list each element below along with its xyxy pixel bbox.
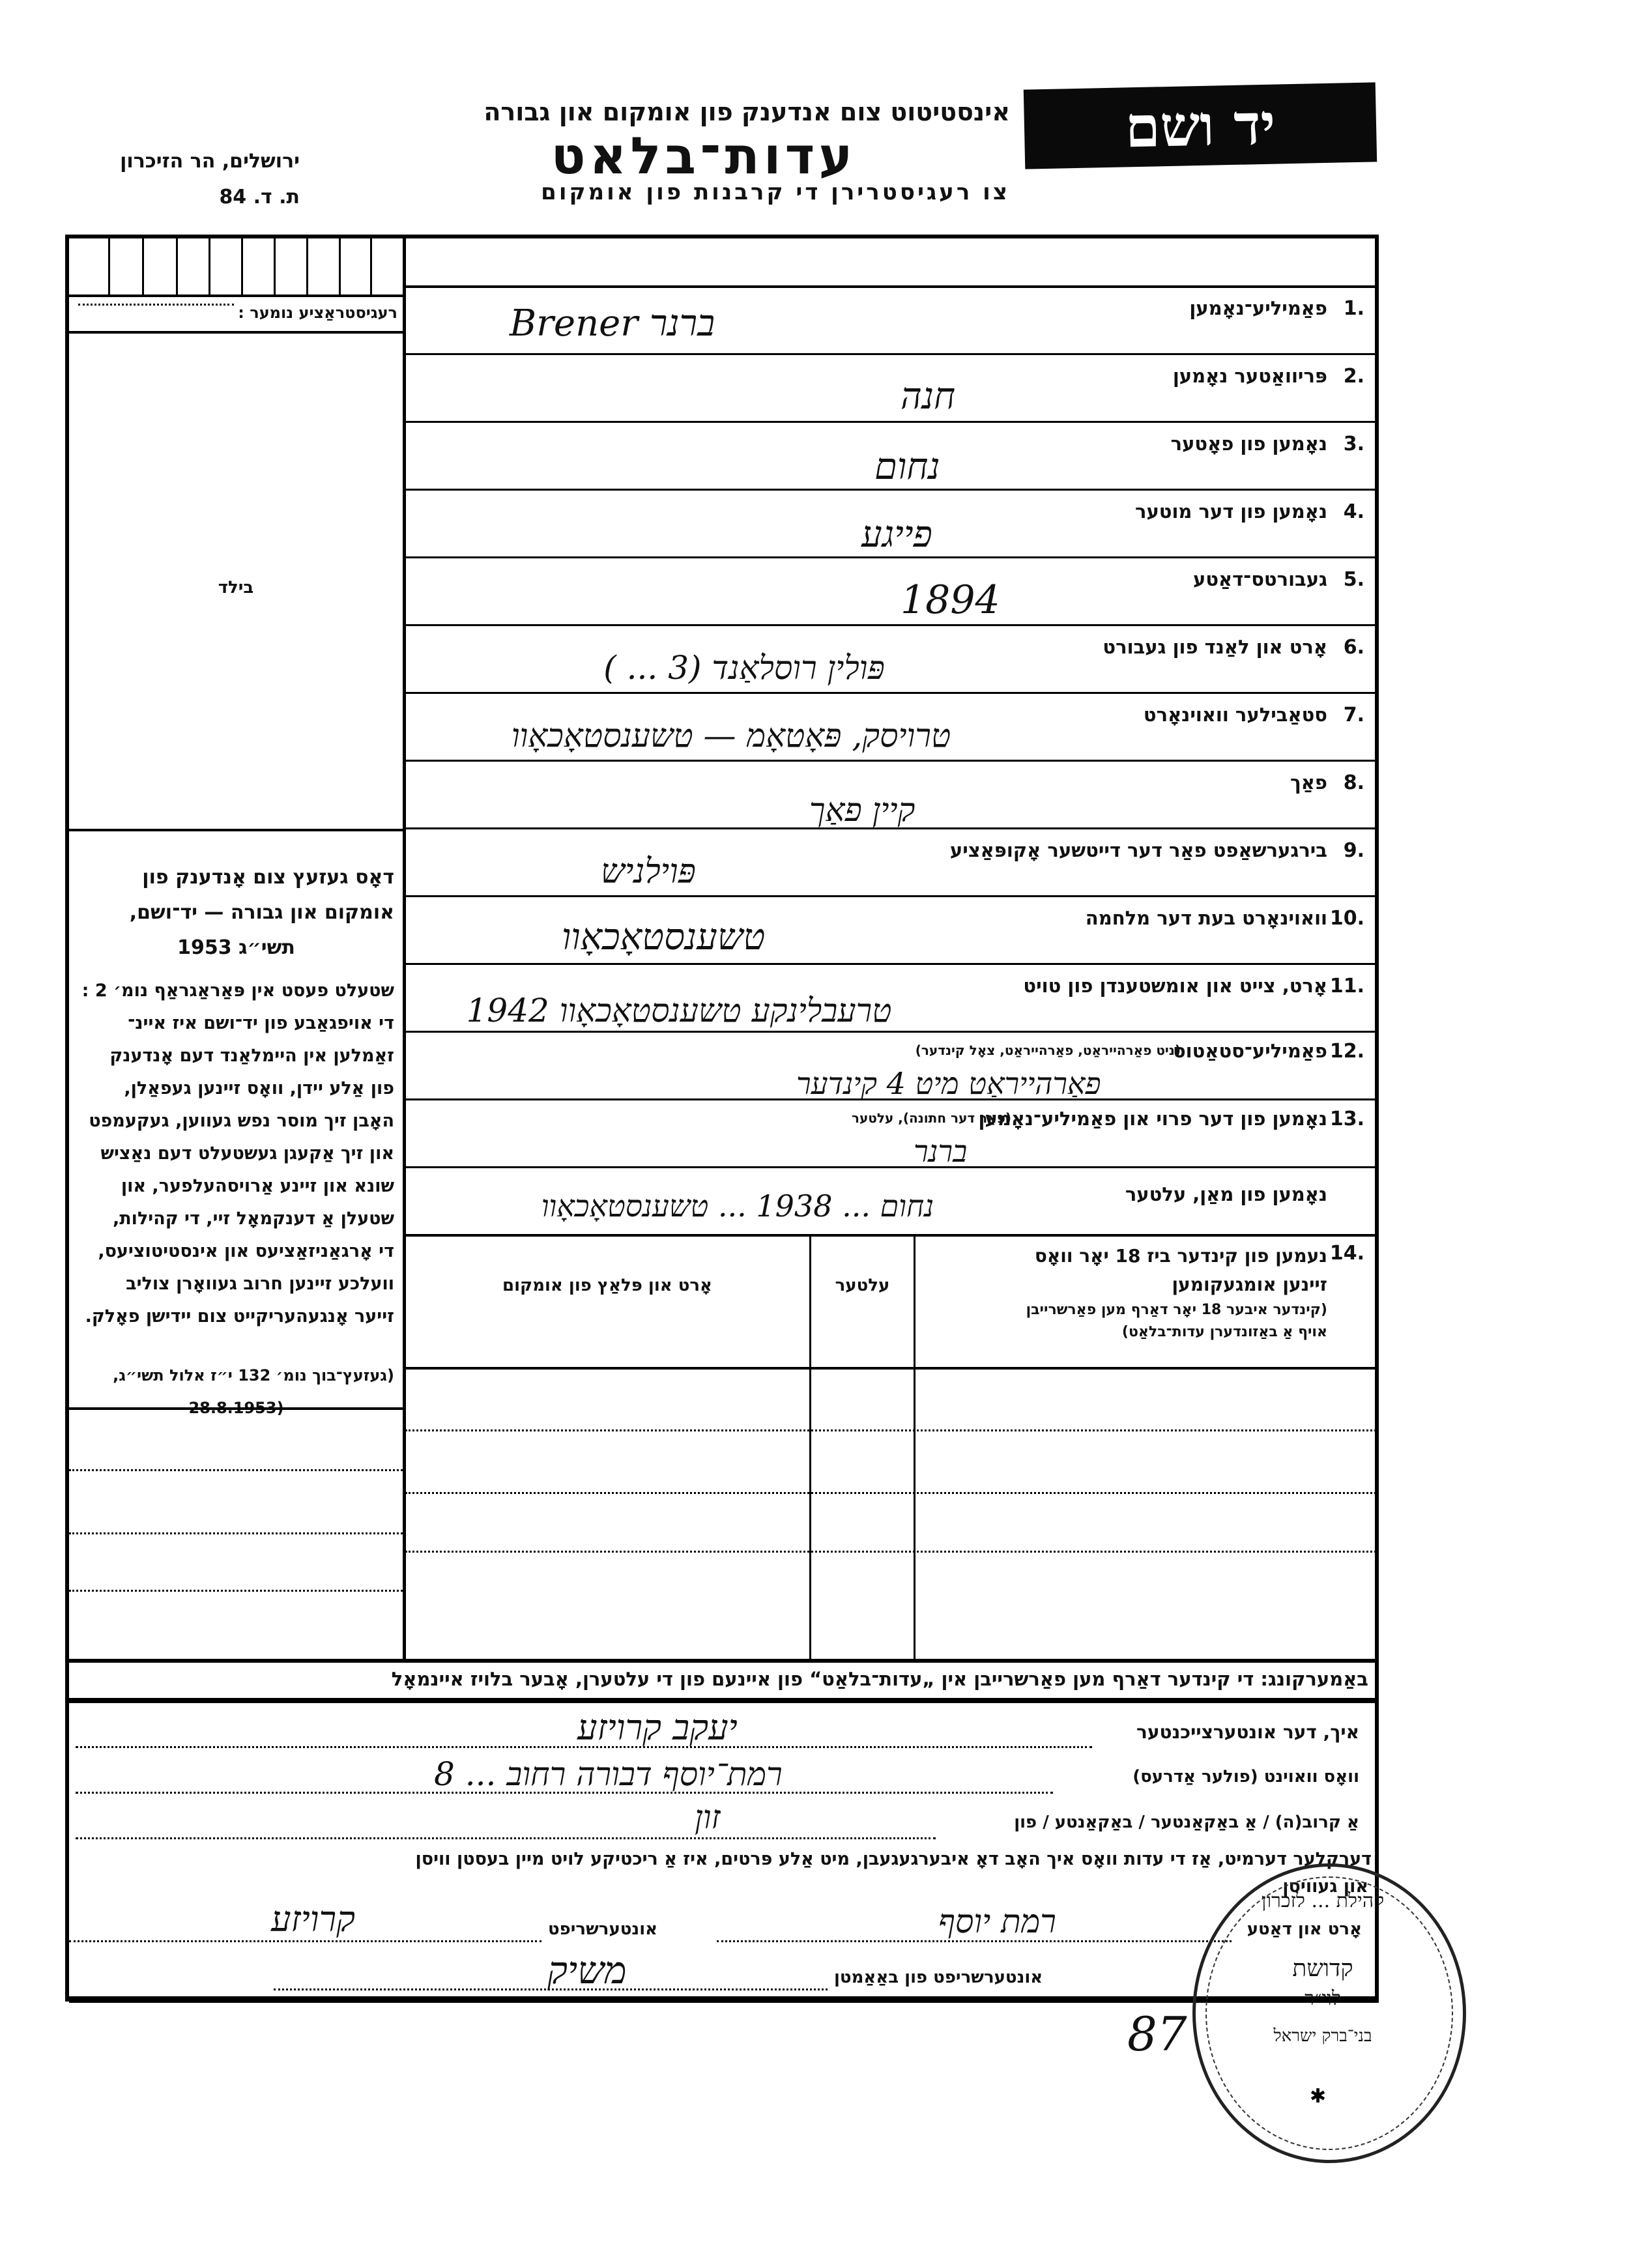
official-signature-label: אונטערשריפט פון באַאַמטן [834, 1968, 1043, 1987]
field-value-profession[interactable]: קיין פאַך [809, 791, 915, 829]
field-label: פאַמיליע־סטאַטוס [1173, 1040, 1327, 1062]
divider [69, 1659, 1379, 1663]
field-row-family-status[interactable]: 12. פאַמיליע־סטאַטוס (ניט פאַרהייראַט, פ… [405, 1033, 1376, 1101]
box-divider [306, 238, 308, 294]
law-title-line: תשי״ג 1953 [78, 930, 394, 966]
field-label: בירגערשאַפט פאַר דער דייטשער אָקופּאַציע [950, 839, 1327, 861]
field-value-husband-name[interactable]: נחום ... 1938 ... טשענסטאָכאָוו [412, 1188, 1063, 1224]
field-label: סטאַבילער וואוינאָרט [1144, 704, 1327, 726]
informant-address-label: וואָס וואוינט (פולער אַדרעס) [1132, 1767, 1359, 1787]
field-number: 3. [1344, 433, 1364, 455]
signature-label: אונטערשריפט [548, 1919, 657, 1939]
field-number: 1. [1344, 297, 1364, 320]
stamp-text-center: קדושת [1238, 1955, 1407, 1982]
institute-line: אינסטיטוט צום אנדענק פון אומקום און גבור… [339, 98, 1010, 126]
dotted-line [69, 1532, 403, 1534]
divider [69, 829, 403, 831]
informant-name-field[interactable]: איך, דער אונטערצייכנטער יעקב קרויזע [69, 1707, 1372, 1753]
field-row-spouse-name[interactable]: 13. נאָמען פון דער פרוי און פאַמיליע־נאָ… [405, 1101, 1376, 1169]
field-label: נאָמען פון דער מוטער [1135, 500, 1327, 523]
registration-number-boxes[interactable] [69, 238, 403, 297]
divider [405, 624, 1376, 626]
field-row-father-name[interactable]: 3. נאָמען פון פאָטער נחום [405, 423, 1376, 491]
dotted-line [69, 1469, 403, 1471]
field-label: וואוינאָרט בעת דער מלחמה [1086, 907, 1327, 929]
children-label-line: נעמען פון קינדער ביז 18 יאָר וואָס [1026, 1242, 1327, 1270]
header-po-box: ת. ד. 84 [39, 186, 300, 208]
field-label: אָרט און לאַנד פון געבורט [1103, 636, 1327, 658]
field-number: 5. [1344, 568, 1364, 591]
field-number: 2. [1344, 365, 1364, 388]
children-row[interactable] [405, 1553, 1376, 1659]
children-row[interactable] [405, 1432, 1376, 1495]
divider [69, 1996, 1379, 2003]
signature-value[interactable]: קרויזע [271, 1899, 355, 1940]
registration-number-field[interactable]: רעגיסטראַציע נומער : [78, 304, 397, 322]
field-value-wartime-residence[interactable]: טשענסטאָכאָוו [562, 916, 765, 958]
box-divider [274, 238, 276, 294]
law-title-line: אומקום און גבורה — יד־ושם, [78, 895, 394, 930]
divider [405, 421, 1376, 423]
informant-name-label: איך, דער אונטערצייכנטער [1136, 1721, 1359, 1743]
field-number: 9. [1344, 839, 1364, 862]
law-quote: דאָס געזעץ צום אָנדענק פון אומקום און גב… [78, 860, 394, 1424]
dotted-line [76, 1837, 936, 1839]
field-label: נאָמען פון דער פרוי און פאַמיליע־נאָמען [979, 1108, 1328, 1130]
informant-name-value[interactable]: יעקב קרויזע [577, 1707, 738, 1748]
field-row-husband-name[interactable]: נאָמען פון מאַן, עלטער נחום ... 1938 ...… [405, 1169, 1376, 1237]
children-row[interactable] [405, 1495, 1376, 1557]
field-value-birth-place[interactable]: פּולין רוסלאַנד (3 ... ) [497, 649, 992, 687]
dotted-line [405, 1492, 1376, 1494]
field-value-family-name[interactable]: ברנר Brener [510, 302, 1096, 345]
divider [69, 1407, 403, 1410]
divider [405, 353, 1376, 355]
divider [405, 692, 1376, 694]
box-divider [142, 238, 144, 294]
field-value-father-name[interactable]: נחום [874, 446, 940, 488]
law-body-line: די אָרגאַניזאַציעס און אינסטיטוציעס, [78, 1235, 394, 1268]
law-body-line: וועלכע זיינען חרוב געוואָרן צוליב [78, 1268, 394, 1300]
law-body-line: שטעלן אַ דענקמאָל זיי, די קהילות, [78, 1203, 394, 1235]
divider [405, 827, 1376, 829]
box-divider [176, 238, 178, 294]
law-title-line: דאָס געזעץ צום אָנדענק פון [78, 860, 394, 895]
children-label: נעמען פון קינדער ביז 18 יאָר וואָס זיינע… [1026, 1242, 1327, 1343]
box-divider [241, 238, 243, 294]
photo-label: בילד [69, 578, 403, 597]
informant-relation-field[interactable]: אַ קרוב(ה) / אַ באַקאַנטער / באַקאַנטע /… [69, 1798, 1372, 1844]
stamp-text-bottom: בני־ברק ישראל [1225, 2026, 1420, 2046]
dotted-line [405, 1551, 1376, 1553]
informant-address-value[interactable]: רמת־יוסף דבורה רחוב ... 8 [434, 1755, 783, 1793]
dotted-line [69, 1590, 403, 1592]
field-value-family-status[interactable]: פאַרהייראַט מיט 4 קינדער [796, 1066, 1101, 1101]
field-label-note: (ניט פאַרהייראַט, פאַרהייראַט, צאָל קינד… [915, 1042, 1181, 1058]
field-value-citizenship[interactable]: פּוילניש [601, 852, 696, 891]
field-number: 11. [1330, 975, 1364, 998]
law-body-line: און זיך אַקעגן געשטעלט דעם נאַציש [78, 1138, 394, 1170]
field-number: 6. [1344, 636, 1364, 659]
divider [405, 489, 1376, 491]
signature-field[interactable]: אונטערשריפט קרויזע [69, 1902, 688, 1948]
field-label: פּריוואַטער נאָמען [1173, 365, 1327, 387]
photo-area[interactable]: בילד [69, 334, 403, 829]
children-label-line: זיינען אומגעקומען [1026, 1270, 1327, 1299]
law-body-line: שטעלט פעסט אין פּאַראַגראַף נומ׳ 2 : [78, 975, 394, 1007]
law-body-line: פון אַלע יידן, וואָס זיינען געפאַלן, [78, 1072, 394, 1105]
divider [69, 1698, 1379, 1703]
field-number: 14. [1330, 1242, 1364, 1265]
field-value-mother-name[interactable]: פייגע [861, 513, 932, 556]
informant-relation-value[interactable]: זון [695, 1798, 720, 1836]
divider [405, 1098, 1376, 1100]
dotted-line [405, 1429, 1376, 1431]
divider [405, 760, 1376, 762]
children-header-names: 14. נעמען פון קינדער ביז 18 יאָר וואָס ז… [914, 1237, 1376, 1367]
field-label: אָרט, צייט און אומשטענדן פון טויט [1023, 975, 1327, 997]
children-table: 14. נעמען פון קינדער ביז 18 יאָר וואָס ז… [405, 1237, 1376, 1661]
field-row-citizenship[interactable]: 9. בירגערשאַפט פאַר דער דייטשער אָקופּאַ… [405, 830, 1376, 898]
children-col-age: עלטער [811, 1276, 914, 1295]
box-divider [370, 238, 372, 294]
official-signature-field[interactable]: אונטערשריפט פון באַאַמטן משיק [274, 1948, 1186, 1994]
registration-number-input[interactable] [78, 304, 234, 306]
box-divider [209, 238, 210, 294]
field-row-birth-date[interactable]: 5. געבורטס־דאַטע 1894 [405, 559, 1376, 627]
field-label: פאַך [1290, 771, 1327, 794]
field-label: נאָמען פון פאָטער [1171, 433, 1327, 455]
law-citation: (געזעץ־בוך נומ׳ 132 י״ז אלול תשי״ג, [78, 1359, 394, 1392]
header-location: ירושלים, הר הזיכרון [39, 150, 300, 173]
law-body-line: די אויפגאַבע פון יד־ושם איז איינ־ [78, 1007, 394, 1040]
informant-relation-label: אַ קרוב(ה) / אַ באַקאַנטער / באַקאַנטע /… [1014, 1813, 1359, 1832]
field-value-residence[interactable]: טרויסק, פּאָטאָמ — טשענסטאָכאָוו [444, 717, 1018, 754]
field-label: נאָמען פון מאַן, עלטער [1125, 1183, 1327, 1205]
page-number: 87 [1127, 2007, 1187, 2061]
yad-vashem-logo: יד ושם [1024, 82, 1377, 169]
law-body-line: האָבן זיך מוסר נפש געווען, געקעמפט [78, 1105, 394, 1138]
field-number: 10. [1330, 907, 1364, 930]
children-row[interactable] [405, 1370, 1376, 1432]
field-row-family-name[interactable]: 1. פאַמיליע־נאָמען ברנר Brener [405, 288, 1376, 356]
field-number: 7. [1344, 704, 1364, 726]
field-value-spouse-name[interactable]: ברנר [914, 1134, 967, 1169]
form-title: עדות־בלאט [482, 127, 925, 186]
children-note-line: אויף אַ באַזונדערן עדות־בלאַט) [1026, 1321, 1327, 1343]
divider [69, 294, 403, 297]
divider [405, 1166, 1376, 1168]
field-label: פאַמיליע־נאָמען [1189, 297, 1327, 319]
dotted-line [717, 1940, 1232, 1942]
field-value-birth-date[interactable]: 1894 [901, 577, 1000, 623]
field-label-note: (פאַר דער חתונה), עלטער [852, 1110, 1011, 1126]
field-row-mother-name[interactable]: 4. נאָמען פון דער מוטער פייגע [405, 491, 1376, 559]
field-row-profession[interactable]: 8. פאַך קיין פאַך [405, 762, 1376, 830]
stamp-inner-ring [1205, 1876, 1453, 2150]
field-row-death-circumstances[interactable]: 11. אָרט, צייט און אומשטענדן פון טויט טר… [405, 966, 1376, 1033]
children-col-place: אָרט און פּלאַץ פון אומקום [405, 1276, 809, 1295]
form-subtitle: צו רעגיסטרירן די קרבנות פון אומקום [339, 179, 1010, 205]
field-row-birth-place[interactable]: 6. אָרט און לאַנד פון געבורט פּולין רוסל… [405, 627, 1376, 695]
registration-number-label: רעגיסטראַציע נומער : [238, 304, 397, 322]
field-row-residence[interactable]: 7. סטאַבילער וואוינאָרט טרויסק, פּאָטאָמ… [405, 695, 1376, 762]
divider [405, 963, 1376, 965]
field-number: 12. [1330, 1040, 1364, 1063]
divider [405, 1031, 1376, 1033]
official-signature-value[interactable]: משיק [547, 1948, 627, 1992]
field-row-wartime-residence[interactable]: 10. וואוינאָרט בעת דער מלחמה טשענסטאָכאָ… [405, 898, 1376, 966]
field-label: געבורטס־דאַטע [1193, 568, 1327, 590]
field-row-first-name[interactable]: 2. פּריוואַטער נאָמען חנה [405, 356, 1376, 423]
remark-text: באַמערקונג: די קינדער דאַרף מען פאַרשריי… [78, 1668, 1368, 1690]
law-body-line: זייער אָנגעהעריקייט צום יידישן פאָלק. [78, 1300, 394, 1333]
children-note-line: (קינדער איבער 18 יאָר דאַרף מען פאַרשריי… [1026, 1299, 1327, 1321]
divider [405, 895, 1376, 897]
law-body-line: זאַמלען אין היימלאַנד דעם אָנדענק [78, 1040, 394, 1072]
field-number: 13. [1330, 1108, 1364, 1130]
box-divider [339, 238, 341, 294]
place-date-value[interactable]: רמת יוסף [938, 1902, 1056, 1940]
field-value-first-name[interactable]: חנה [901, 375, 955, 418]
field-number: 4. [1344, 500, 1364, 523]
law-body-line: שונא און זיינע אַרויסהעלפער, און [78, 1170, 394, 1203]
field-value-death-circumstances[interactable]: טרעבלינקע טשענסטאָכאָוו 1942 [412, 992, 946, 1029]
divider [405, 556, 1376, 558]
dotted-line [69, 1940, 541, 1942]
box-divider [108, 238, 110, 294]
star-icon: ✱ [1310, 2085, 1326, 2108]
stamp-text-sub: לוי״ר [1238, 1987, 1407, 2010]
field-number: 8. [1344, 771, 1364, 794]
stamp-text-top: קהילת ... לזכרון [1238, 1889, 1407, 1912]
informant-address-field[interactable]: וואָס וואוינט (פולער אַדרעס) רמת־יוסף דב… [69, 1753, 1372, 1798]
declaration-text: דערקלער דערמיט, אַז די עדות וואָס איך הא… [78, 1849, 1372, 1869]
